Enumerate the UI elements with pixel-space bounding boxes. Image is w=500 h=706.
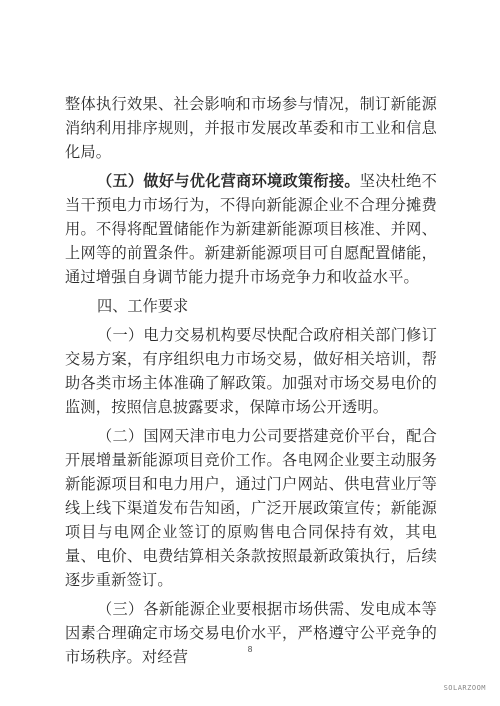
section-heading-work-requirements: 四、工作要求 (65, 294, 437, 318)
page-number: 8 (0, 645, 500, 654)
paragraph-continuation: 整体执行效果、社会影响和市场参与情况，制订新能源消纳利用排序规则，并报市发展改革… (65, 92, 437, 164)
paragraph-new-energy-enterprises: （三）各新能源企业要根据市场供需、发电成本等因素合理确定市场交易电价水平，严格遵… (65, 597, 437, 669)
paragraph-text: （一）电力交易机构要尽快配合政府相关部门修订交易方案，有序组织电力市场交易，做好… (65, 326, 437, 416)
page-body: 整体执行效果、社会影响和市场参与情况，制订新能源消纳利用排序规则，并报市发展改革… (65, 92, 437, 674)
paragraph-state-grid: （二）国网天津市电力公司要搭建竞价平台，配合开展增量新能源项目竞价工作。各电网企… (65, 424, 437, 592)
paragraph-business-environment: （五）做好与优化营商环境政策衔接。坚决杜绝不当干预电力市场行为，不得向新能源企业… (65, 169, 437, 289)
paragraph-text: 整体执行效果、社会影响和市场参与情况，制订新能源消纳利用排序规则，并报市发展改革… (65, 95, 437, 161)
watermark: SOLARZOOM (444, 684, 486, 692)
paragraph-bold-lead: （五）做好与优化营商环境政策衔接。 (97, 172, 360, 190)
paragraph-text: （二）国网天津市电力公司要搭建竞价平台，配合开展增量新能源项目竞价工作。各电网企… (65, 427, 437, 589)
paragraph-text: （三）各新能源企业要根据市场供需、发电成本等因素合理确定市场交易电价水平，严格遵… (65, 600, 437, 666)
paragraph-trading-institution: （一）电力交易机构要尽快配合政府相关部门修订交易方案，有序组织电力市场交易，做好… (65, 323, 437, 419)
document-page: 整体执行效果、社会影响和市场参与情况，制订新能源消纳利用排序规则，并报市发展改革… (0, 0, 500, 706)
